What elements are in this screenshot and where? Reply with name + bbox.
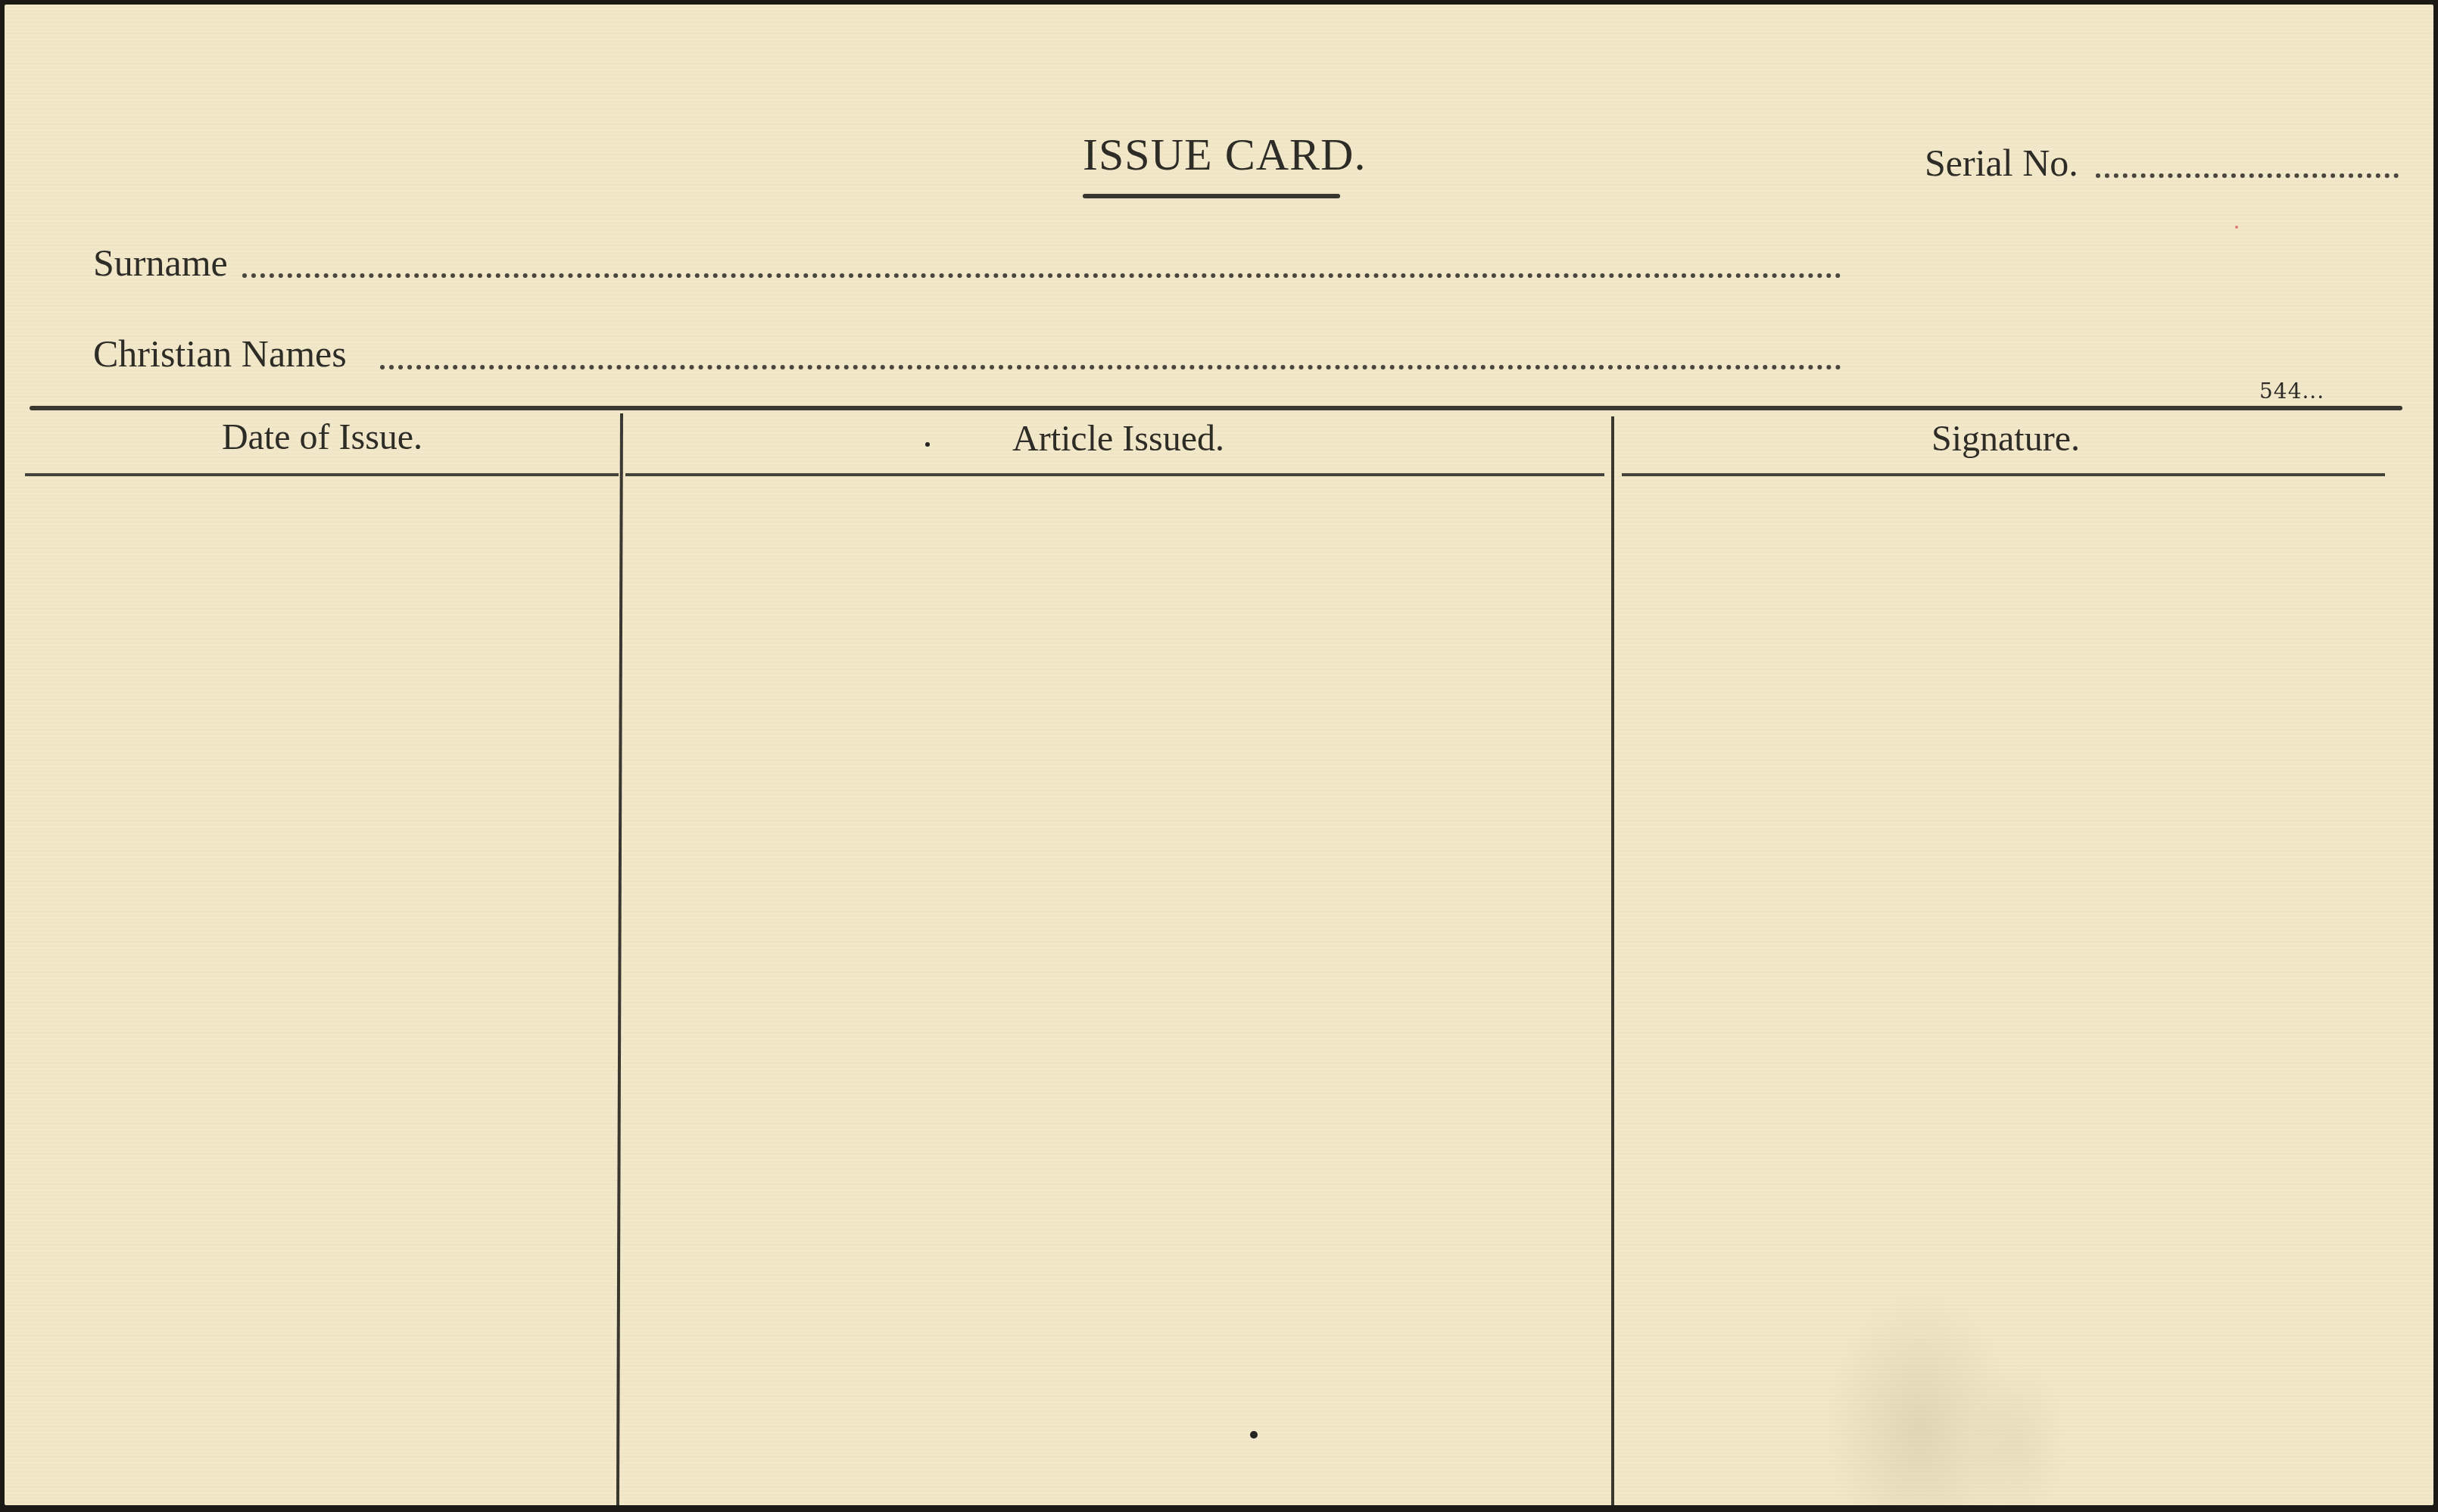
- title-underline: [1083, 194, 1340, 198]
- serial-no-label: Serial No.: [1925, 144, 2078, 182]
- header-divider: [30, 406, 2402, 410]
- column-header-rule-article: [625, 473, 1604, 476]
- form-number: 544...: [2259, 379, 2324, 404]
- surname-value[interactable]: [242, 239, 1841, 276]
- ink-speck: [925, 442, 930, 447]
- surname-label: Surname: [93, 244, 228, 282]
- article-issued-column[interactable]: [625, 478, 1610, 1504]
- column-header-article-issued: Article Issued.: [627, 421, 1610, 457]
- signature-column[interactable]: [1617, 478, 2427, 1504]
- serial-no-value[interactable]: [2096, 141, 2399, 177]
- red-mark: [2235, 226, 2238, 229]
- christian-names-value[interactable]: [380, 330, 1841, 366]
- issue-card: ISSUE CARD. Serial No. Surname Christian…: [5, 5, 2433, 1505]
- column-header-rule-signature: [1622, 473, 2385, 476]
- card-title: ISSUE CARD.: [1083, 132, 1366, 177]
- column-divider-2: [1611, 416, 1614, 1505]
- date-of-issue-column[interactable]: [25, 478, 620, 1504]
- column-header-date-of-issue: Date of Issue.: [25, 419, 619, 456]
- column-header-signature: Signature.: [1622, 421, 2390, 457]
- column-header-rule-date: [25, 473, 619, 476]
- christian-names-label: Christian Names: [93, 335, 347, 373]
- ink-speck: [1250, 1431, 1258, 1439]
